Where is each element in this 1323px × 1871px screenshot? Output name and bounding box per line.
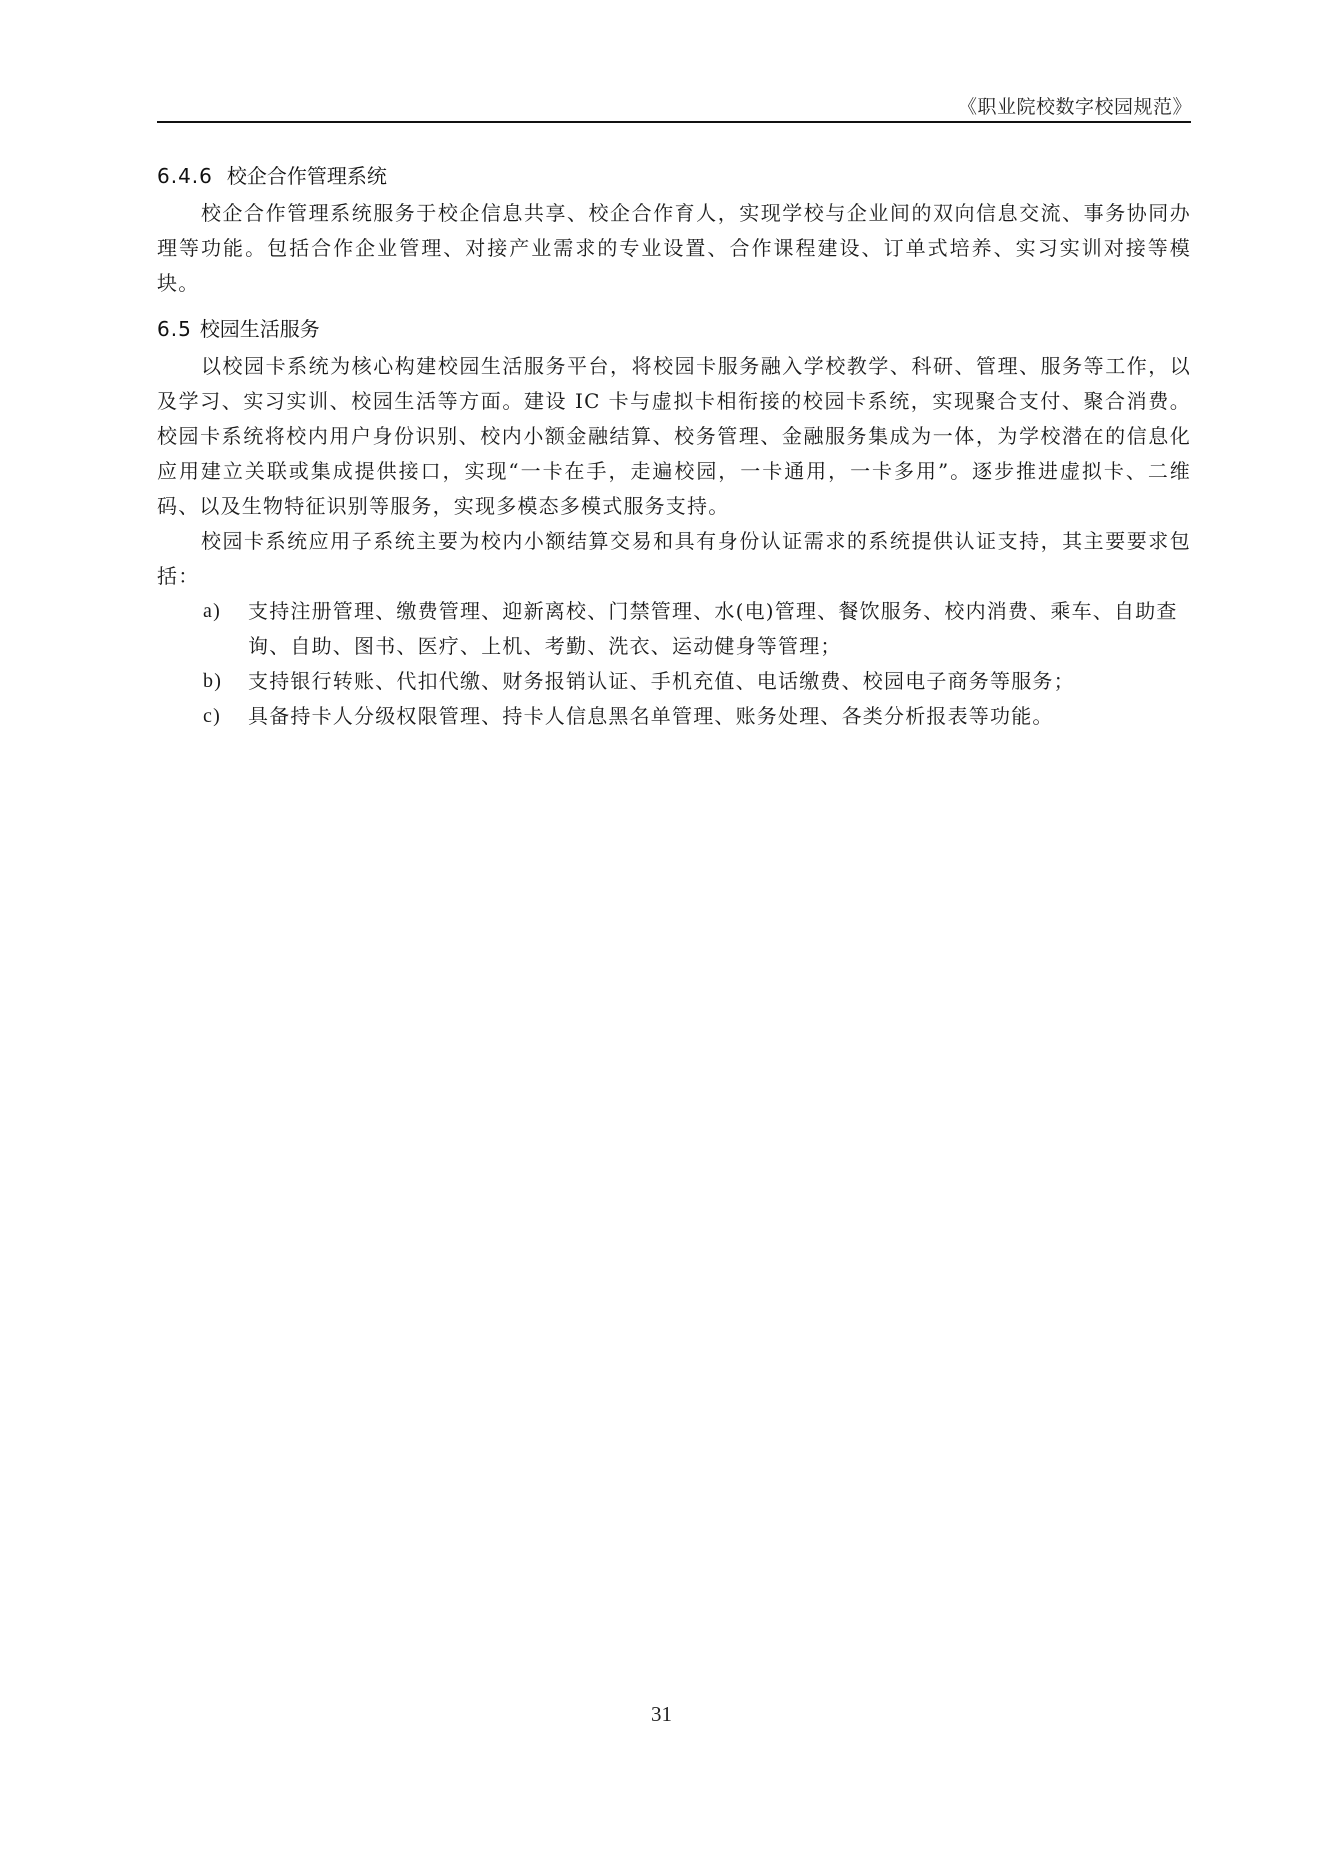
list-item: b) 支持银行转账、代扣代缴、财务报销认证、手机充值、电话缴费、校园电子商务等服… <box>157 664 1191 699</box>
list-item-text: 支持银行转账、代扣代缴、财务报销认证、手机充值、电话缴费、校园电子商务等服务； <box>248 669 1075 693</box>
list-item-text: 具备持卡人分级权限管理、持卡人信息黑名单管理、账务处理、各类分析报表等功能。 <box>248 704 1054 728</box>
section-heading: 6.5校园生活服务 <box>157 313 1191 345</box>
list-item-text: 支持注册管理、缴费管理、迎新离校、门禁管理、水(电)管理、餐饮服务、校内消费、乘… <box>248 599 1178 658</box>
paragraph: 校园卡系统应用子系统主要为校内小额结算交易和具有身份认证需求的系统提供认证支持，… <box>157 524 1191 594</box>
paragraph: 校企合作管理系统服务于校企信息共享、校企合作育人，实现学校与企业间的双向信息交流… <box>157 196 1191 301</box>
list-item: c) 具备持卡人分级权限管理、持卡人信息黑名单管理、账务处理、各类分析报表等功能… <box>157 699 1191 734</box>
page-content: 6.4.6校企合作管理系统 校企合作管理系统服务于校企信息共享、校企合作育人，实… <box>157 160 1191 734</box>
section-title: 校园生活服务 <box>200 317 320 341</box>
section-title: 校企合作管理系统 <box>227 164 387 188</box>
section-6-5: 6.5校园生活服务 以校园卡系统为核心构建校园生活服务平台，将校园卡服务融入学校… <box>157 313 1191 734</box>
document-page: 《职业院校数字校园规范》 6.4.6校企合作管理系统 校企合作管理系统服务于校企… <box>0 0 1323 1871</box>
header-rule <box>157 121 1191 123</box>
section-6-4-6: 6.4.6校企合作管理系统 校企合作管理系统服务于校企信息共享、校企合作育人，实… <box>157 160 1191 301</box>
section-number: 6.5 <box>157 317 192 341</box>
running-header-title: 《职业院校数字校园规范》 <box>958 92 1192 119</box>
section-number: 6.4.6 <box>157 164 213 188</box>
list-marker: c) <box>203 699 221 734</box>
requirements-list: a) 支持注册管理、缴费管理、迎新离校、门禁管理、水(电)管理、餐饮服务、校内消… <box>157 594 1191 734</box>
paragraph: 以校园卡系统为核心构建校园生活服务平台，将校园卡服务融入学校教学、科研、管理、服… <box>157 349 1191 524</box>
page-number: 31 <box>0 1702 1323 1727</box>
list-marker: b) <box>203 664 222 699</box>
section-heading: 6.4.6校企合作管理系统 <box>157 160 1191 192</box>
list-marker: a) <box>203 594 221 629</box>
list-item: a) 支持注册管理、缴费管理、迎新离校、门禁管理、水(电)管理、餐饮服务、校内消… <box>157 594 1191 664</box>
